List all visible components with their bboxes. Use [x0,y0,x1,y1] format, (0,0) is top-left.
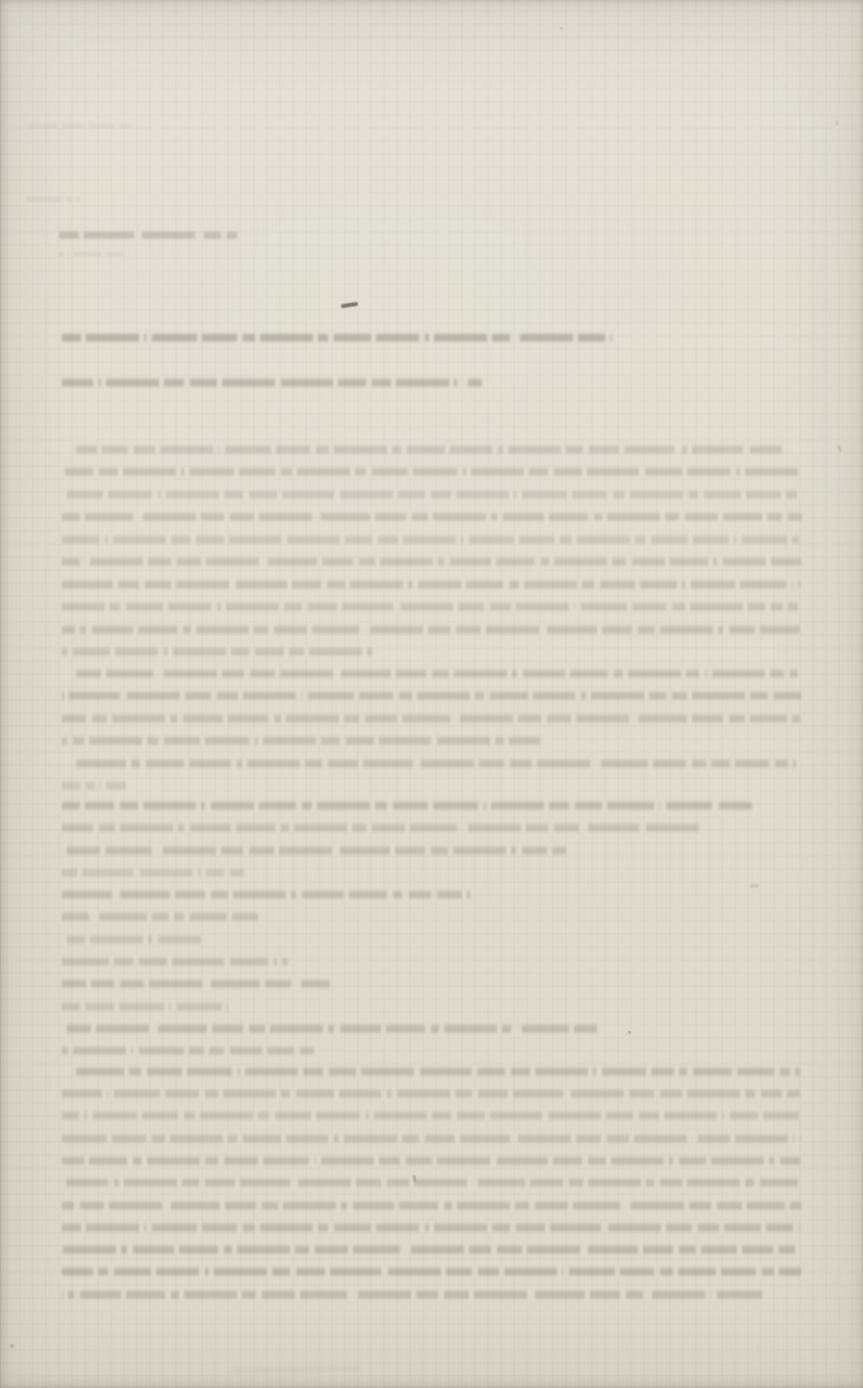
faded-text-line [62,332,612,343]
faded-text-line [62,1266,801,1277]
faded-text-line [62,1045,314,1056]
ink-speck [628,1031,631,1034]
ink-speck [10,1344,14,1348]
faded-text-line [62,800,752,811]
faded-text-line [28,123,132,129]
faded-text-line [59,251,123,257]
ink-speck [560,27,563,30]
faded-text-line [62,556,801,567]
ink-speck [836,120,838,126]
faded-text-line [76,758,796,769]
faded-text-line [59,230,237,240]
faded-text-line [62,1200,801,1211]
faded-text-line [62,1289,762,1300]
ink-speck [750,884,759,889]
faded-text-line [76,668,798,679]
faded-text-line [62,511,802,522]
faded-text-line [62,780,126,791]
faded-text-line [26,196,80,202]
faded-text-line [62,1222,800,1233]
faded-text-line [62,889,470,900]
faded-text-line [62,1177,799,1188]
faded-text-line [62,956,288,967]
faded-text-line [62,534,799,545]
paper-smudge [230,1366,360,1373]
faded-text-line [62,489,798,500]
faded-text-line [62,978,330,989]
faded-text-line [62,690,801,701]
faded-text-line [62,466,800,477]
faded-text-line [62,1110,799,1121]
faded-text-line [76,444,782,455]
dash-mark [341,302,358,309]
faded-text-line [76,1066,800,1077]
scanned-page [0,0,863,1388]
faded-text-line [62,911,258,922]
faded-text-layer [0,0,863,1388]
ink-speck [412,1175,416,1182]
faded-text-line [62,1088,800,1099]
faded-text-line [62,845,567,856]
faded-text-line [62,1001,228,1012]
faded-text-line [62,646,372,657]
faded-text-line [62,377,482,388]
faded-text-line [62,735,540,746]
faded-text-line [62,934,204,945]
faded-text-line [62,601,798,612]
faded-text-line [62,579,800,590]
faded-text-line [62,1133,801,1144]
ink-speck [837,445,843,453]
faded-text-line [62,624,800,635]
faded-text-line [62,867,244,878]
faded-text-line [62,1244,799,1255]
faded-text-line [62,1023,598,1034]
faded-text-line [62,822,704,833]
faded-text-line [62,1155,800,1166]
faded-text-line [62,713,800,724]
